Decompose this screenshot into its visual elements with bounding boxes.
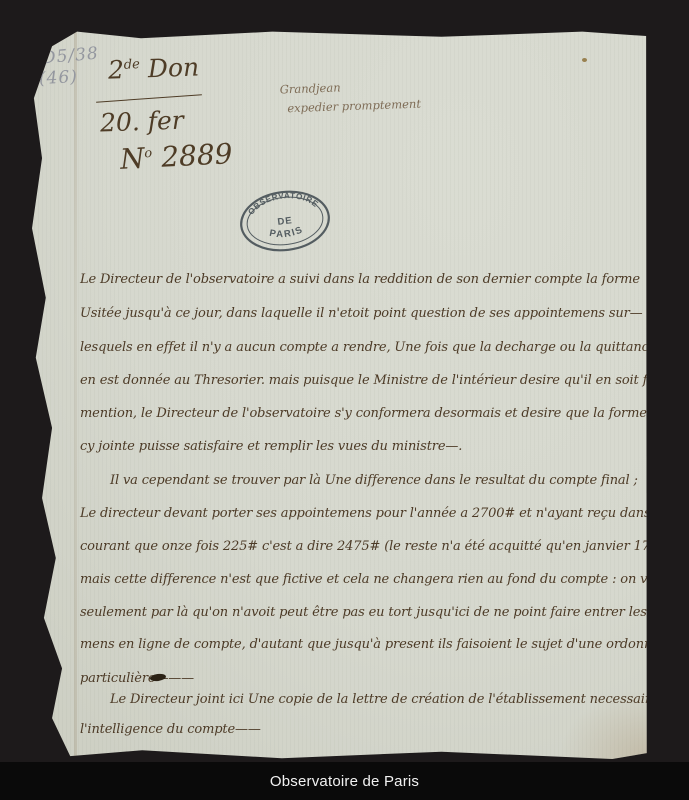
- letter-line: cy jointe puisse satisfaire et remplir l…: [80, 439, 640, 454]
- letter-line: Le Directeur joint ici Une copie de la l…: [80, 692, 640, 707]
- number-label: N: [119, 142, 145, 176]
- manuscript-viewer: D5/38 (46) 2de Don 20. fer No 2889 Grand…: [0, 0, 689, 800]
- secretary-annotation: Grandjean expedier promptement: [279, 76, 421, 119]
- fraction-divider-line: [96, 94, 202, 102]
- archival-shelfmark: D5/38: [41, 44, 99, 69]
- registration-division: 2de Don: [108, 52, 200, 84]
- letter-line: l'intelligence du compte——: [80, 722, 640, 737]
- letter-line: mais cette difference n'est que fictive …: [80, 572, 640, 587]
- caption-bar: Observatoire de Paris: [0, 762, 689, 800]
- caption-label: Observatoire de Paris: [270, 773, 419, 790]
- observatory-stamp: OBSERVATOIRE DE PARIS: [234, 184, 335, 259]
- stamp-text-de: DE: [277, 215, 293, 228]
- division-superscript: de: [124, 57, 141, 73]
- fold-crease: [74, 28, 77, 759]
- division-word: Don: [147, 52, 199, 83]
- annotation-instruction: expedier promptement: [280, 95, 421, 119]
- photo-background: D5/38 (46) 2de Don 20. fer No 2889 Grand…: [0, 0, 689, 762]
- letter-line: seulement par là qu'on n'avoit peut être…: [80, 605, 640, 620]
- paper-stain: [582, 58, 587, 62]
- letter-line: Il va cependant se trouver par là Une di…: [80, 473, 640, 488]
- letter-line: courant que onze fois 225# c'est a dire …: [80, 539, 640, 554]
- letter-line: en est donnée au Thresorier. mais puisqu…: [80, 373, 640, 388]
- letter-line: lesquels en effet il n'y a aucun compte …: [80, 340, 640, 355]
- letter-line: Le directeur devant porter ses appointem…: [80, 506, 640, 521]
- letter-line: Le Directeur de l'observatoire a suivi d…: [80, 272, 640, 287]
- stamp-arc-top-text: OBSERVATOIRE: [245, 187, 321, 217]
- manuscript-page: D5/38 (46) 2de Don 20. fer No 2889 Grand…: [22, 28, 648, 759]
- registration-date: 20. fer: [100, 106, 185, 138]
- registration-number: No 2889: [119, 137, 233, 176]
- number-superscript: o: [144, 146, 153, 161]
- number-value: 2889: [160, 137, 233, 174]
- archival-item-number: (46): [39, 67, 79, 89]
- letter-line: mention, le Directeur de l'observatoire …: [80, 406, 640, 421]
- letter-line: Usitée jusqu'à ce jour, dans laquelle il…: [80, 306, 640, 321]
- letter-line: mens en ligne de compte, d'autant que ju…: [80, 637, 640, 652]
- division-base: 2: [108, 55, 125, 85]
- stamp-text-observatoire: OBSERVATOIRE: [245, 187, 321, 217]
